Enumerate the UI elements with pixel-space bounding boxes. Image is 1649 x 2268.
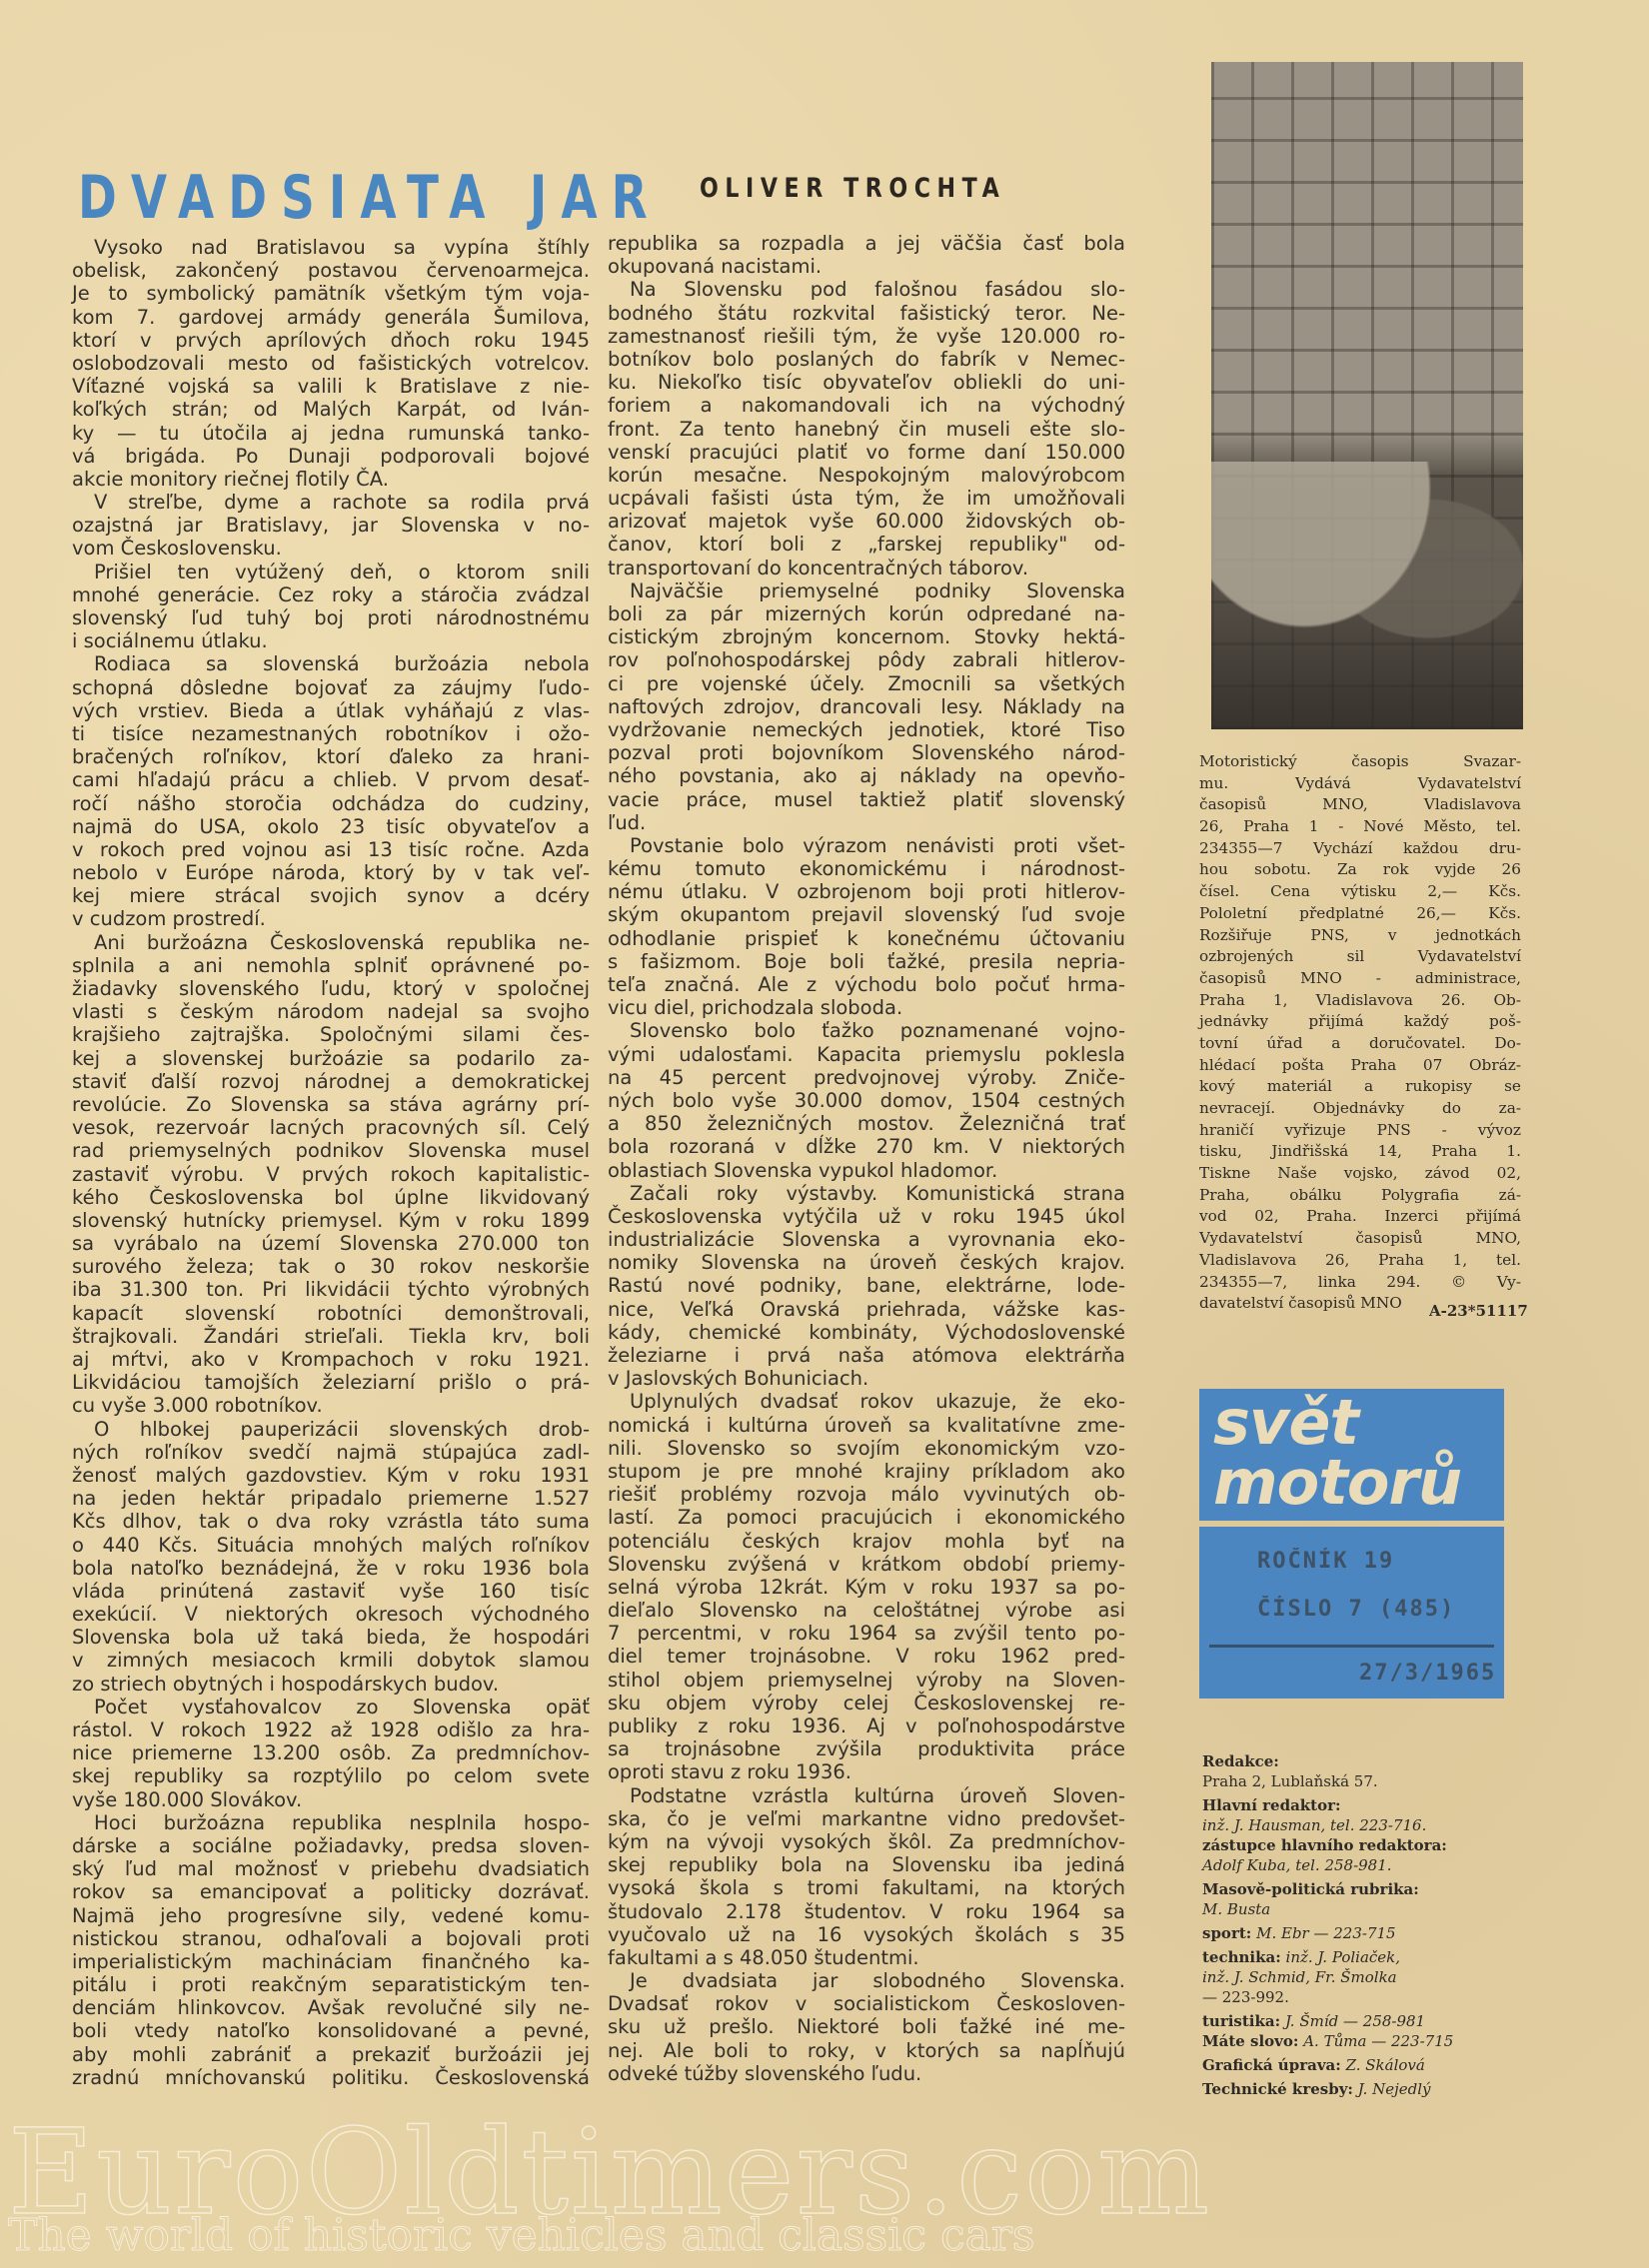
text-line: zradnú mníchovanskú politiku. Českoslove…	[72, 2066, 590, 2089]
text-line: rástol. V rokoch 1922 až 1928 odišlo za …	[72, 1718, 590, 1741]
tourism-label: turistika:	[1202, 2012, 1280, 2030]
colophon-line: tisku, Jindřišská 14, Praha 1.	[1199, 1141, 1521, 1163]
text-line: nice priemerne 13.200 osôb. Za predmních…	[72, 1741, 590, 1764]
text-line: 7 percentmi, v roku 1964 sa zvýšil tento…	[608, 1622, 1125, 1645]
text-line: Najväčšie priemyselné podniky Slovenska	[608, 579, 1125, 602]
text-line: oproti stavu z roku 1936.	[608, 1760, 1125, 1783]
text-line: študovalo 2.178 študentov. V roku 1964 s…	[608, 1900, 1125, 1923]
text-line: vyučovalo už na 16 vysokých školách s 35	[608, 1923, 1125, 1946]
text-line: bola natoľko beznádejná, že v roku 1936 …	[72, 1557, 590, 1580]
drawings-value: J. Nejedlý	[1358, 2080, 1431, 2098]
issue-date: 27/3/1965	[1359, 1661, 1496, 1686]
text-line: iba 31.300 ton. Pri likvidácii týchto vý…	[72, 1278, 590, 1301]
text-line: nomiky Slovenska na úroveň českých krajo…	[608, 1251, 1125, 1274]
car-photo	[1211, 62, 1523, 729]
article-title: DVADSIATA JAR	[78, 168, 662, 228]
text-line: Kčs dlhov, tak o dva roky vzrástla táto …	[72, 1510, 590, 1533]
text-line: okupovaná nacistami.	[608, 255, 1125, 278]
colophon-line: Praha 1, Vladislavova 26. Ob-	[1199, 990, 1521, 1012]
text-line: pitálu i proti reakčným separatistickým …	[72, 1973, 590, 1996]
text-line: nili. Slovensko so svojím ekonomickým vz…	[608, 1437, 1125, 1460]
text-line: teľa značná. Ale z východu bolo počuť hr…	[608, 973, 1125, 996]
deputy-label: zástupce hlavního redaktora:	[1202, 1836, 1447, 1854]
text-line: rokov sa emancipovať a politicky dozráva…	[72, 1880, 590, 1903]
text-line: vá brigáda. Po Dunaji podporovali bojové	[72, 445, 590, 468]
text-line: nému útlaku. V ozbrojenom boji proti hit…	[608, 880, 1125, 903]
article-paragraph: Počet vysťahovalcov zo Slovenska opäťrás…	[72, 1696, 590, 1811]
text-line: potenciálu českých krajov mohla byť na	[608, 1530, 1125, 1553]
text-line: pozval proti bojovníkom Slovenského náro…	[608, 741, 1125, 764]
text-line: fakultami a s 48.050 študentmi.	[608, 1946, 1125, 1969]
text-line: na jeden hektár pripadalo priemerne 1.52…	[72, 1487, 590, 1510]
colophon-line: hlédací pošta Praha 07 Obráz-	[1199, 1055, 1521, 1077]
text-line: ska, čo je veľmi markantne vidno predovš…	[608, 1807, 1125, 1830]
text-line: O hlbokej pauperizácii slovenských drob-	[72, 1418, 590, 1441]
text-line: V streľbe, dyme a rachote sa rodila prvá	[72, 491, 590, 514]
text-line: surového železa; tak o 30 rokov neskorši…	[72, 1255, 590, 1278]
colophon-line: Vladislavova 26, Praha 1, tel.	[1199, 1250, 1521, 1272]
text-line: vydržovanie nemeckých jednotiek, ktoré T…	[608, 718, 1125, 741]
text-line: staviť ďalší rozvoj národnej a demokrati…	[72, 1070, 590, 1093]
text-line: kom 7. gardovej armády generála Šumilova…	[72, 306, 590, 329]
text-line: odhodlanie prispieť k konečnému účtovani…	[608, 927, 1125, 950]
text-line: v rokoch pred vojnou asi 13 tisíc ročne.…	[72, 838, 590, 861]
text-line: republika sa rozpadla a jej väčšia časť …	[608, 232, 1125, 255]
article-paragraph: V streľbe, dyme a rachote sa rodila prvá…	[72, 491, 590, 561]
text-line: vláda prinútená zastaviť vyše 160 tisíc	[72, 1580, 590, 1603]
tech-value-2: inž. J. Schmid, Fr. Šmolka	[1202, 1968, 1397, 1986]
text-line: nebolo v Európe národa, ktorý by v tak v…	[72, 861, 590, 884]
drawings-label: Technické kresby:	[1202, 2080, 1353, 2098]
text-line: ľud.	[608, 811, 1125, 834]
article-paragraph: Povstanie bolo výrazom nenávisti proti v…	[608, 834, 1125, 1020]
magazine-logo: svět motorů	[1199, 1389, 1504, 1521]
article-author: OLIVER TROCHTA	[700, 173, 1005, 204]
article-paragraph: Uplynulých dvadsať rokov ukazuje, že eko…	[608, 1390, 1125, 1783]
article-paragraph: republika sa rozpadla a jej väčšia časť …	[608, 232, 1125, 278]
text-line: nomická i kultúrna úroveň sa kvalitatívn…	[608, 1414, 1125, 1437]
volume-label: ROČNÍK 19	[1257, 1549, 1394, 1574]
text-line: bola rozoraná v dĺžke 270 km. V niektorý…	[608, 1135, 1125, 1158]
text-line: ku. Niekoľko tisíc obyvateľov obliekli d…	[608, 371, 1125, 394]
colophon-line: jednávky přijímá každý poš-	[1199, 1011, 1521, 1033]
text-line: kády, chemické kombináty, Východoslovens…	[608, 1321, 1125, 1344]
text-line: imperialistickým machináciam finančného …	[72, 1950, 590, 1973]
text-line: bračených roľníkov, ktorí ďaleko za hran…	[72, 745, 590, 768]
sport-label: sport:	[1202, 1924, 1251, 1942]
colophon-line: Praha, obálku Polygrafia zá-	[1199, 1185, 1521, 1207]
colophon-line: 26, Praha 1 - Nové Město, tel.	[1199, 816, 1521, 838]
redakce-label: Redakce:	[1202, 1752, 1279, 1770]
colophon-line: časopisů MNO, Vladislavova	[1199, 794, 1521, 816]
chief-value: inž. J. Hausman, tel. 223-716.	[1202, 1816, 1426, 1834]
redakce-address: Praha 2, Lublaňská 57.	[1202, 1771, 1532, 1791]
colophon-line: mu. Vydává Vydavatelství	[1199, 773, 1521, 795]
text-line: nistickou stranou, odhaľovali a bojovali…	[72, 1927, 590, 1950]
text-line: v Jaslovských Bohuniciach.	[608, 1367, 1125, 1390]
text-line: nej. Ale boli to roky, v ktorých sa napĺ…	[608, 2039, 1125, 2062]
colophon-line: Motoristický časopis Svazar-	[1199, 751, 1521, 773]
article-column-2: republika sa rozpadla a jej väčšia časť …	[608, 232, 1125, 2085]
text-line: industrializácie Slovenska a vyrovnania …	[608, 1228, 1125, 1251]
article-paragraph: Je dvadsiata jar slobodného Slovenska.Dv…	[608, 1969, 1125, 2085]
text-line: Uplynulých dvadsať rokov ukazuje, že eko…	[608, 1390, 1125, 1413]
text-line: rad priemyselných podnikov Slovenska mus…	[72, 1139, 590, 1162]
colophon-line: vod 02, Praha. Inzerci přijímá	[1199, 1206, 1521, 1228]
issue-info-box: ROČNÍK 19 ČÍSLO 7 (485) 27/3/1965	[1199, 1527, 1504, 1699]
text-line: ného povstania, ako aj náklady na opevňo…	[608, 764, 1125, 787]
colophon-line: hou sobotu. Za rok vyjde 26	[1199, 859, 1521, 881]
text-line: sku objem výroby celej Československej r…	[608, 1692, 1125, 1714]
text-line: kému tomuto ekonomickému i národnost-	[608, 857, 1125, 880]
text-line: vom Československu.	[72, 537, 590, 560]
colophon-line: Rozšiřuje PNS, v jednotkách	[1199, 925, 1521, 947]
text-line: oslobodzovali mesto od fašistických votr…	[72, 352, 590, 375]
text-line: kej a slovenskej buržoázie sa podarilo z…	[72, 1047, 590, 1070]
text-line: riešiť problémy rozvoja málo vyvinutých …	[608, 1483, 1125, 1506]
text-line: i sociálnemu útlaku.	[72, 629, 590, 652]
text-line: zastaviť výrobu. V prvých rokoch kapital…	[72, 1163, 590, 1186]
article-column-1: Vysoko nad Bratislavou sa vypína štíhlyo…	[72, 236, 590, 2089]
tech-label: technika:	[1202, 1948, 1281, 1966]
text-line: korún mesačne. Nespokojným malovýrobcom	[608, 464, 1125, 487]
text-line: vacie práce, musel taktiež platiť sloven…	[608, 788, 1125, 811]
text-line: žiadavky slovenského ľudu, ktorý v spolo…	[72, 977, 590, 1000]
text-line: cu vyše 3.000 robotníkov.	[72, 1394, 590, 1417]
text-line: v cudzom prostredí.	[72, 907, 590, 930]
text-line: vesok, rezervoár lacných pracovných síl.…	[72, 1116, 590, 1139]
text-line: foriem a nakomandovali ich na východný	[608, 394, 1125, 417]
text-line: stihol objem priemyselnej výroby na Slov…	[608, 1669, 1125, 1692]
text-line: Na Slovensku pod falošnou fasádou slo-	[608, 278, 1125, 301]
text-line: front. Za tento hanebný čin museli ešte …	[608, 418, 1125, 441]
text-line: vlasti s českým národom nadejal sa svojh…	[72, 1000, 590, 1023]
text-line: Začali roky výstavby. Komunistická stran…	[608, 1182, 1125, 1205]
article-paragraph: Hoci buržoázna republika nesplnila hospo…	[72, 1811, 590, 2089]
deputy-value: Adolf Kuba, tel. 258-981.	[1202, 1856, 1392, 1874]
text-line: kapacít slovenskí robotníci demonštroval…	[72, 1302, 590, 1325]
colophon-line: Tiskne Naše vojsko, závod 02,	[1199, 1163, 1521, 1185]
text-line: vysoká škola s tromi fakultami, na ktorý…	[608, 1876, 1125, 1899]
text-line: Vysoko nad Bratislavou sa vypína štíhly	[72, 236, 590, 259]
letters-value: A. Tůma — 223-715	[1303, 2032, 1453, 2050]
text-line: ročí nášho storočia odchádza do cudziny,	[72, 792, 590, 815]
text-line: ským okupantom prejavil slovenský ľud sv…	[608, 903, 1125, 926]
text-line: ucpávali fašisti ústa tým, že im umožňov…	[608, 487, 1125, 510]
issue-divider	[1209, 1645, 1494, 1648]
text-line: skej republiky bola na Slovensku iba jed…	[608, 1853, 1125, 1876]
tech-value-3: — 223-992.	[1202, 1988, 1289, 2006]
text-line: najmä do USA, okolo 23 tisíc obyvateľov …	[72, 815, 590, 838]
letters-label: Máte slovo:	[1202, 2032, 1298, 2050]
text-line: v zimných mesiacoch krmili dobytok slamo…	[72, 1649, 590, 1672]
text-line: Československa vytýčila už v roku 1945 ú…	[608, 1205, 1125, 1228]
text-line: boli vtedy natoľko konsolidované a pevné…	[72, 2019, 590, 2042]
text-line: Víťazné vojská sa valili k Bratislave z …	[72, 375, 590, 398]
text-line: koľkých strán; od Malých Karpát, od Iván…	[72, 398, 590, 421]
text-line: denciám hlinkovcov. Avšak revolučné sily…	[72, 1996, 590, 2019]
text-line: transportovaní do koncentračných táborov…	[608, 557, 1125, 579]
article-paragraph: Podstatne vzrástla kultúrna úroveň Slove…	[608, 1784, 1125, 1970]
text-line: ženosť malých gazdovstiev. Kým v roku 19…	[72, 1464, 590, 1487]
text-line: Slovensku zvýšená v krátkom období priem…	[608, 1553, 1125, 1576]
graphics-label: Grafická úprava:	[1202, 2056, 1341, 2074]
text-line: zamestnanosť riešili tým, že vyše 120.00…	[608, 325, 1125, 348]
text-line: dárske a sociálne požiadavky, predsa slo…	[72, 1834, 590, 1857]
catalog-number: A-23*51117	[1429, 1302, 1528, 1320]
text-line: kého Československa bol úplne likvidovan…	[72, 1186, 590, 1209]
text-line: venskí pracujúci platiť vo forme daní 15…	[608, 441, 1125, 464]
text-line: boli za pár mizerných korún odpredané na…	[608, 602, 1125, 625]
text-line: revolúcie. Zo Slovenska sa stáva agrárny…	[72, 1093, 590, 1116]
text-line: štrajkovali. Žandári strieľali. Tiekla k…	[72, 1325, 590, 1348]
article-paragraph: Vysoko nad Bratislavou sa vypína štíhlyo…	[72, 236, 590, 491]
text-line: krajšieho zajtrajška. Spoločnými silami …	[72, 1023, 590, 1046]
text-line: sa vyrábalo na území Slovenska 270.000 t…	[72, 1232, 590, 1255]
text-line: čanov, ktorí boli z „farskej republiky" …	[608, 533, 1125, 556]
text-line: Hoci buržoázna republika nesplnila hospo…	[72, 1811, 590, 1834]
text-line: naftových zdrojov, drancovali lesy. Nákl…	[608, 695, 1125, 718]
sport-value: M. Ebr — 223-715	[1256, 1924, 1395, 1942]
logo-line-1: svět	[1213, 1393, 1461, 1453]
colophon-line: kový materiál a rukopisy se	[1199, 1076, 1521, 1098]
text-line: oblastiach Slovenska vypukol hladomor.	[608, 1159, 1125, 1182]
text-line: diel temer trojnásobne. V roku 1962 pred…	[608, 1645, 1125, 1668]
text-line: Počet vysťahovalcov zo Slovenska opäť	[72, 1696, 590, 1718]
text-line: Rastú nové podniky, bane, elektrárne, lo…	[608, 1274, 1125, 1297]
text-line: s fašizmom. Boje boli ťažké, presila nep…	[608, 950, 1125, 973]
text-line: vými udalosťami. Kapacita priemyslu pokl…	[608, 1043, 1125, 1066]
publisher-colophon: Motoristický časopis Svazar-mu. Vydává V…	[1199, 751, 1521, 1315]
text-line: sa trojnásobne zvýšila produktivita prác…	[608, 1737, 1125, 1760]
text-line: Povstanie bolo výrazom nenávisti proti v…	[608, 834, 1125, 857]
text-line: mnohé generácie. Cez roky a stáročia zvá…	[72, 583, 590, 606]
colophon-line: Pololetní předplatné 26,— Kčs.	[1199, 903, 1521, 925]
text-line: Likvidáciou tamojších železiarní prišlo …	[72, 1371, 590, 1394]
text-line: železiarne i prvá naša atómova elektrárň…	[608, 1344, 1125, 1367]
text-line: Ani buržoázna Československá republika n…	[72, 931, 590, 954]
colophon-line: 234355—7, linka 294. © Vy-	[1199, 1272, 1521, 1294]
text-line: splnila a ani nemohla splniť oprávnené p…	[72, 954, 590, 977]
tourism-value: J. Šmíd — 258-981	[1285, 2012, 1425, 2030]
article-paragraph: O hlbokej pauperizácii slovenských drob-…	[72, 1418, 590, 1696]
text-line: arizovať majetok vyše 60.000 židovských …	[608, 510, 1125, 533]
colophon-line: tovní úřad a doručovatel. Do-	[1199, 1033, 1521, 1055]
text-line: vicu diel, prichodzala sloboda.	[608, 996, 1125, 1019]
text-line: slovenský hutnícky priemysel. Kým v roku…	[72, 1209, 590, 1232]
text-line: stupom je pre mnohé krajiny príkladom ak…	[608, 1460, 1125, 1483]
text-line: Rodiaca sa slovenská buržoázia nebola	[72, 652, 590, 675]
text-line: sku už prešlo. Niektoré boli ťažké iné m…	[608, 2015, 1125, 2038]
text-line: Najmä jeho progresívne sily, vedené komu…	[72, 1904, 590, 1927]
text-line: ti tisíce nezamestnaných robotníkov i ož…	[72, 722, 590, 745]
watermark-tagline: The world of historic vehicles and class…	[8, 2210, 1034, 2261]
political-label: Masově-politická rubrika:	[1202, 1880, 1419, 1898]
text-line: Podstatne vzrástla kultúrna úroveň Slove…	[608, 1784, 1125, 1807]
colophon-line: nevracejí. Objednávky do za-	[1199, 1098, 1521, 1120]
text-line: ozajstná jar Bratislavy, jar Slovenska v…	[72, 514, 590, 537]
graphics-value: Z. Skálová	[1346, 2056, 1425, 2074]
text-line: kým na vývoji vysokých škôl. Za predmníc…	[608, 1830, 1125, 1853]
text-line: aby mohli zabrániť a prekaziť buržoázii …	[72, 2043, 590, 2066]
logo-text: svět motorů	[1213, 1393, 1461, 1513]
text-line: dieľalo Slovensko na celoštátnej výrobe …	[608, 1599, 1125, 1622]
text-line: ných roľníkov svedčí najmä stúpajúca zad…	[72, 1441, 590, 1464]
text-line: vých vrstiev. Bieda a útlak vyháňajú z v…	[72, 699, 590, 722]
text-line: slovenský ľud tuhý boj proti národnostné…	[72, 606, 590, 629]
car-shape	[1211, 462, 1523, 729]
text-line: vyše 180.000 Slovákov.	[72, 1788, 590, 1811]
political-value: M. Busta	[1202, 1900, 1270, 1918]
text-line: Dvadsať rokov v socialistickom Českoslov…	[608, 1992, 1125, 2015]
text-line: botníkov bolo poslaných do fabrík v Neme…	[608, 348, 1125, 371]
colophon-line: Vydavatelství časopisů MNO,	[1199, 1228, 1521, 1250]
text-line: bodného štátu rozkvital fašistický teror…	[608, 302, 1125, 325]
text-line: ský ľud mal možnosť v priebehu dvadsiati…	[72, 1857, 590, 1880]
text-line: nice, Veľká Oravská priehrada, vážske ka…	[608, 1298, 1125, 1321]
tech-value-1: inž. J. Poliaček,	[1286, 1948, 1400, 1966]
text-line: a 850 železničných mostov. Železničná tr…	[608, 1112, 1125, 1135]
text-line: Slovenska bola už taká bieda, že hospodá…	[72, 1626, 590, 1649]
text-line: aj mŕtvi, ako v Krompachoch v roku 1921.	[72, 1348, 590, 1371]
issue-label: ČÍSLO 7 (485)	[1257, 1597, 1455, 1622]
text-line: na 45 percent predvojnovej výroby. Zniče…	[608, 1066, 1125, 1089]
text-line: ky — tu útočila aj jedna rumunská tanko-	[72, 422, 590, 445]
text-line: exekúcií. V niektorých okresoch východné…	[72, 1603, 590, 1626]
editorial-staff: Redakce: Praha 2, Lublaňská 57. Hlavní r…	[1202, 1751, 1532, 2099]
colophon-line: hraničí vyřizuje PNS - vývoz	[1199, 1120, 1521, 1142]
article-paragraph: Na Slovensku pod falošnou fasádou slo-bo…	[608, 278, 1125, 578]
chief-label: Hlavní redaktor:	[1202, 1796, 1341, 1814]
text-line: ci pre vojenské účely. Zmocnili sa všetk…	[608, 672, 1125, 695]
colophon-line: časopisů MNO - administrace,	[1199, 968, 1521, 990]
text-line: cistickým zbrojným koncernom. Stovky hek…	[608, 625, 1125, 648]
text-line: skej republiky sa rozptýlilo po celom sv…	[72, 1764, 590, 1787]
text-line: schopná dôsledne bojovať za záujmy ľudo-	[72, 676, 590, 699]
text-line: kej miere strácal svojich synov a dcéry	[72, 884, 590, 907]
article-paragraph: Prišiel ten vytúžený deň, o ktorom snili…	[72, 561, 590, 653]
article-paragraph: Slovensko bolo ťažko poznamenané vojno-v…	[608, 1019, 1125, 1181]
text-line: Je dvadsiata jar slobodného Slovenska.	[608, 1969, 1125, 1992]
article-paragraph: Najväčšie priemyselné podniky Slovenskab…	[608, 579, 1125, 834]
colophon-line: 234355—7 Vychází každou dru-	[1199, 838, 1521, 860]
text-line: ktorí v prvých aprílových dňoch roku 194…	[72, 329, 590, 352]
text-line: lastí. Za pomoci pracujúcich i ekonomick…	[608, 1506, 1125, 1529]
colophon-line: čísel. Cena výtisku 2,— Kčs.	[1199, 881, 1521, 903]
text-line: odveké túžby slovenského ľudu.	[608, 2062, 1125, 2085]
colophon-line: ozbrojených sil Vydavatelství	[1199, 946, 1521, 968]
article-paragraph: Ani buržoázna Československá republika n…	[72, 931, 590, 1418]
text-line: cami hľadajú prácu a chlieb. V prvom des…	[72, 768, 590, 791]
text-line: ných bolo vyše 30.000 domov, 1504 cestný…	[608, 1089, 1125, 1112]
text-line: rov poľnohospodárskej pôdy zabrali hitle…	[608, 648, 1125, 671]
text-line: Prišiel ten vytúžený deň, o ktorom snili	[72, 561, 590, 583]
text-line: Je to symbolický pamätník všetkým tým vo…	[72, 282, 590, 305]
article-paragraph: Začali roky výstavby. Komunistická stran…	[608, 1182, 1125, 1391]
text-line: akcie monitory riečnej flotily ČA.	[72, 468, 590, 491]
text-line: zo striech obytných i hospodárskych budo…	[72, 1673, 590, 1696]
text-line: selná výroba 12krát. Kým v roku 1937 sa …	[608, 1576, 1125, 1599]
article-paragraph: Rodiaca sa slovenská buržoázia nebolasch…	[72, 652, 590, 930]
text-line: publiky z roku 1936. Aj v poľnohospodárs…	[608, 1714, 1125, 1737]
text-line: obelisk, zakončený postavou červenoarmej…	[72, 259, 590, 282]
logo-line-2: motorů	[1213, 1453, 1461, 1513]
text-line: o 440 Kčs. Situácia mnohých malých roľní…	[72, 1534, 590, 1557]
text-line: Slovensko bolo ťažko poznamenané vojno-	[608, 1019, 1125, 1042]
